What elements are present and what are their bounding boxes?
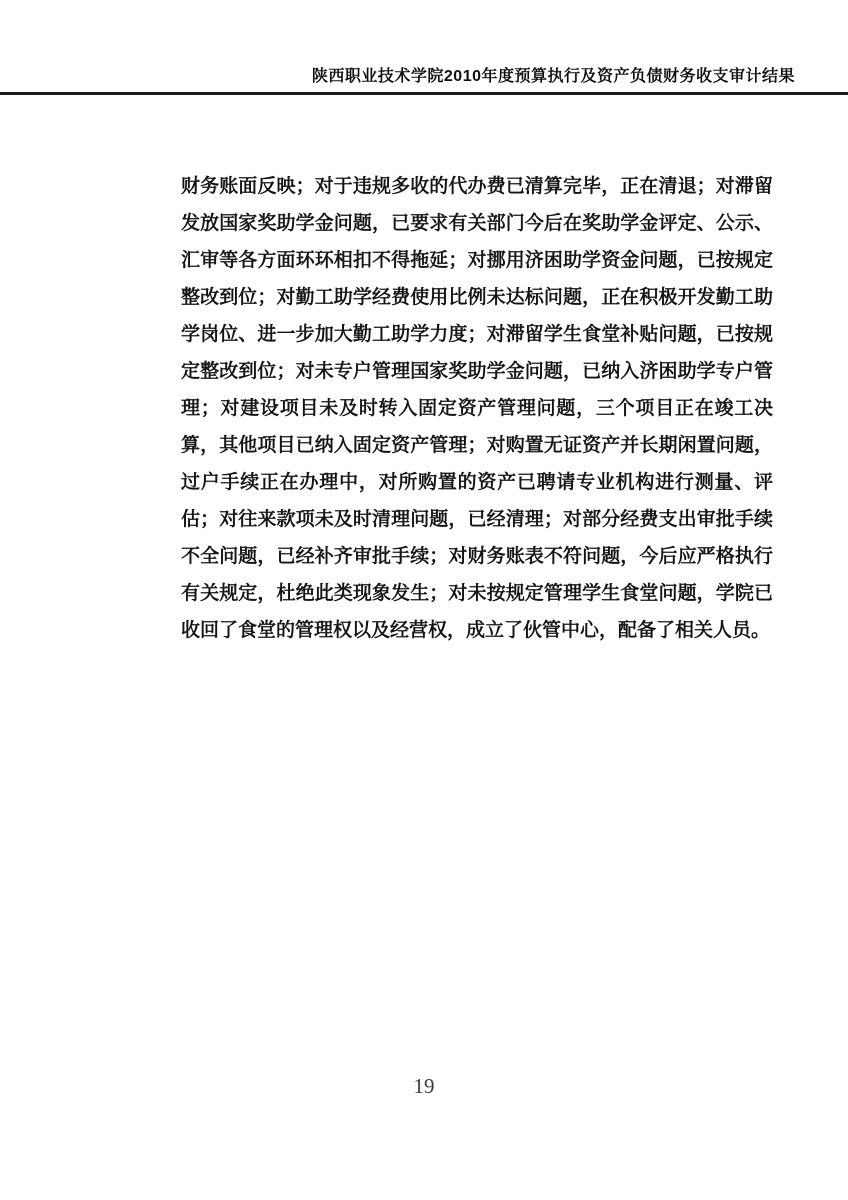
- body-line: 过户手续正在办理中，对所购置的资产已聘请专业机构进行测量、评: [181, 464, 773, 501]
- body-line: 汇审等各方面环环相扣不得拖延；对挪用济困助学资金问题，已按规定: [181, 242, 773, 279]
- page-footer: 19: [0, 1074, 848, 1099]
- body-line: 学岗位、进一步加大勤工助学力度；对滞留学生食堂补贴问题，已按规: [181, 316, 773, 353]
- body-line: 有关规定，杜绝此类现象发生；对未按规定管理学生食堂问题，学院已: [181, 575, 773, 612]
- body-line: 定整改到位；对未专户管理国家奖助学金问题，已纳入济困助学专户管: [181, 353, 773, 390]
- document-page: 陕西职业技术学院2010年度预算执行及资产负债财务收支审计结果 财务账面反映；对…: [0, 0, 848, 1200]
- body-line: 理；对建设项目未及时转入固定资产管理问题，三个项目正在竣工决: [181, 390, 773, 427]
- document-body: 财务账面反映；对于违规多收的代办费已清算完毕，正在清退；对滞留 发放国家奖助学金…: [181, 168, 773, 649]
- body-line: 收回了食堂的管理权以及经营权，成立了伙管中心，配备了相关人员。: [181, 612, 773, 649]
- running-head-title: 陕西职业技术学院2010年度预算执行及资产负债财务收支审计结果: [0, 67, 795, 87]
- body-line: 算，其他项目已纳入固定资产管理；对购置无证资产并长期闲置问题，: [181, 427, 773, 464]
- body-line: 整改到位；对勤工助学经费使用比例未达标问题，正在积极开发勤工助: [181, 279, 773, 316]
- body-line: 估；对往来款项未及时清理问题，已经清理；对部分经费支出审批手续: [181, 501, 773, 538]
- body-line: 不全问题，已经补齐审批手续；对财务账表不符问题，今后应严格执行: [181, 538, 773, 575]
- body-line: 发放国家奖助学金问题，已要求有关部门今后在奖助学金评定、公示、: [181, 205, 773, 242]
- page-number: 19: [414, 1074, 435, 1098]
- header-rule: [0, 92, 848, 95]
- body-line: 财务账面反映；对于违规多收的代办费已清算完毕，正在清退；对滞留: [181, 168, 773, 205]
